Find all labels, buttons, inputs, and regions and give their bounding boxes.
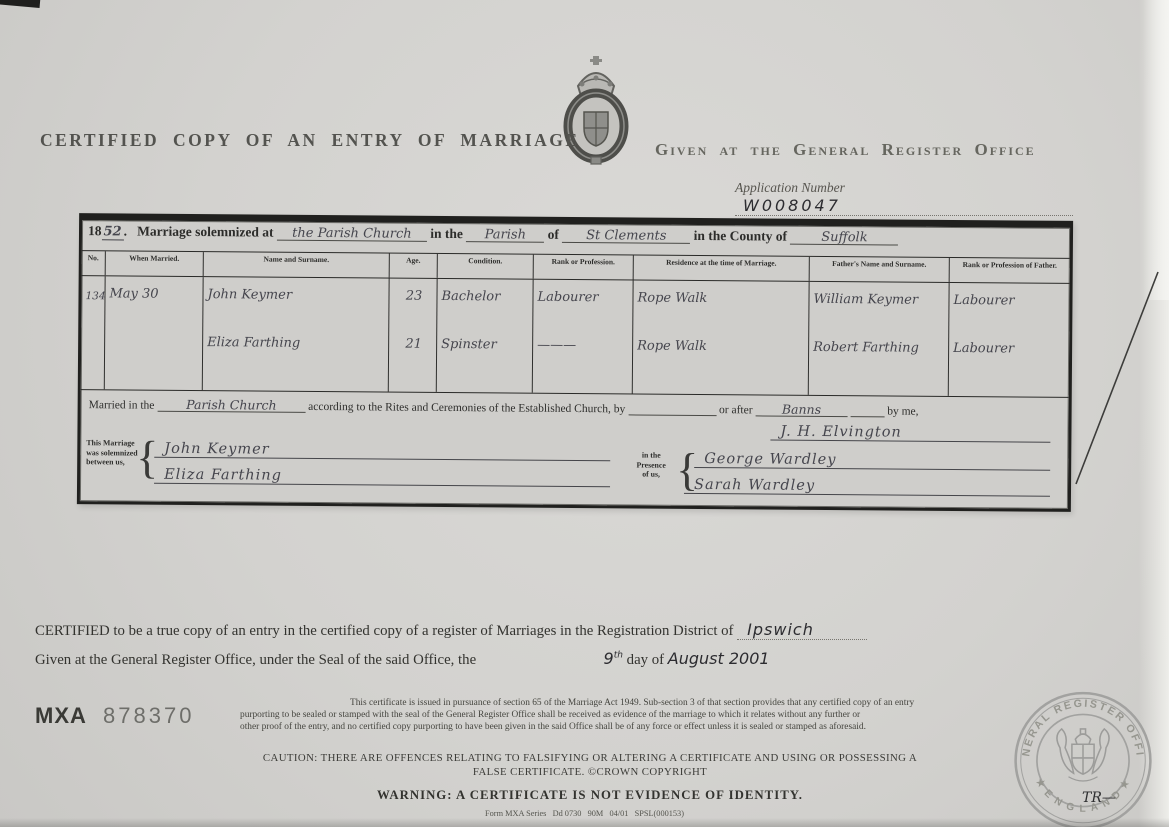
solemnized-label-2: was solemnized xyxy=(86,448,138,458)
groom-signature: John Keymer xyxy=(164,441,269,458)
of-label: of xyxy=(548,227,559,242)
county-label: in the County of xyxy=(694,228,788,244)
in-the-label: in the xyxy=(430,226,463,241)
witness2-signature: Sarah Wardley xyxy=(694,477,815,494)
application-number-label: Application Number xyxy=(735,180,845,195)
year-period: . xyxy=(124,223,127,238)
groom-father-rank: Labourer xyxy=(953,293,1067,309)
witness1-signature-line: George Wardley xyxy=(694,445,1050,471)
caution-line-1: CAUTION: THERE ARE OFFENCES RELATING TO … xyxy=(190,751,990,765)
groom-signature-line: John Keymer xyxy=(154,435,610,462)
day-suffix: th xyxy=(614,651,623,661)
presence-label-block: in the Presence of us, xyxy=(628,450,674,479)
banns-written: Banns xyxy=(755,402,847,417)
certification-line2-text: Given at the General Register Office, un… xyxy=(35,652,476,668)
bride-father-rank: Labourer xyxy=(953,341,1067,357)
application-number: Application Number W008047 xyxy=(735,180,1169,216)
entry-rank-cell: Labourer ——— xyxy=(533,280,634,394)
married-in-line: Married in the Parish Church according t… xyxy=(89,397,1065,419)
bride-age: 21 xyxy=(393,337,434,352)
col-header-no: No. xyxy=(82,251,106,275)
witness2-signature-line: Sarah Wardley xyxy=(684,471,1050,497)
groom-rank: Labourer xyxy=(537,290,630,306)
presence-label-1: in the xyxy=(628,450,674,460)
groom-name: John Keymer xyxy=(207,287,386,303)
bride-signature: Eliza Farthing xyxy=(164,467,282,484)
officiant-signature-line: J. H. Elvington xyxy=(770,418,1050,443)
day-written: 9th xyxy=(604,649,623,668)
caution-text: CAUTION: THERE ARE OFFENCES RELATING TO … xyxy=(190,751,990,779)
solemnized-label-3: between us, xyxy=(86,457,138,467)
county-written: Suffolk xyxy=(790,231,898,246)
or-after-label: or after xyxy=(719,404,753,416)
scan-corner-mark xyxy=(0,0,40,8)
certification-line2: Given at the General Register Office, un… xyxy=(35,649,935,669)
groom-father-name: William Keymer xyxy=(813,292,946,308)
page-corner-fold xyxy=(1143,0,1169,300)
bride-residence: Rope Walk xyxy=(637,338,806,354)
entry-no: 134 xyxy=(85,290,102,302)
certification-statement: CERTIFIED to be a true copy of an entry … xyxy=(35,620,935,669)
entry-residence-cell: Rope Walk Rope Walk xyxy=(633,280,810,394)
solemnized-label: Marriage solemnized at xyxy=(137,224,274,240)
year-written: 52 xyxy=(101,224,123,240)
certificate-serial: MXA 878370 xyxy=(35,703,194,729)
by-blank-line xyxy=(628,402,716,416)
month-year-written: August 2001 xyxy=(668,649,770,668)
corner-scribble: TR— xyxy=(1082,790,1116,806)
col-header-father-rank: Rank or Profession of Father. xyxy=(950,258,1070,283)
certification-line1-text: CERTIFIED to be a true copy of an entry … xyxy=(35,623,733,639)
entry-name-cell: John Keymer Eliza Farthing xyxy=(203,277,390,391)
officiant-signature: J. H. Elvington xyxy=(780,424,901,441)
married-in-label: Married in the xyxy=(89,399,155,412)
col-header-residence: Residence at the time of Marriage. xyxy=(634,255,810,280)
col-header-when-married: When Married. xyxy=(106,251,204,276)
serial-number: 878370 xyxy=(103,703,194,728)
scan-bottom-shading xyxy=(0,818,1169,827)
col-header-rank: Rank or Profession. xyxy=(534,255,634,280)
entry-father-name-cell: William Keymer Robert Farthing xyxy=(809,282,950,396)
church-written: the Parish Church xyxy=(277,227,427,242)
statute-line-2: purporting to be sealed or stamped with … xyxy=(240,709,992,721)
day-number: 9 xyxy=(604,649,614,668)
entry-father-rank-cell: Labourer Labourer xyxy=(949,283,1070,397)
parish-word-written: Parish xyxy=(466,228,544,243)
solemnized-label-1: This Marriage xyxy=(86,438,138,448)
registration-district-written: Ipswich xyxy=(737,620,867,640)
caution-line-2: FALSE CERTIFICATE. ©CROWN COPYRIGHT xyxy=(190,765,990,779)
post-banns-blank xyxy=(850,404,884,417)
entry-condition-cell: Bachelor Spinster xyxy=(437,279,534,393)
certification-line1: CERTIFIED to be a true copy of an entry … xyxy=(35,620,935,640)
groom-condition: Bachelor xyxy=(441,289,530,305)
col-header-age: Age. xyxy=(390,254,438,278)
col-header-condition: Condition. xyxy=(438,254,534,279)
bride-signature-line: Eliza Farthing xyxy=(154,461,610,488)
year-prefix: 18 xyxy=(88,223,102,238)
witness1-signature: George Wardley xyxy=(704,451,836,468)
entry-no-cell: 134 xyxy=(81,276,106,389)
page-title: CERTIFIED COPY OF AN ENTRY OF MARRIAGE xyxy=(40,130,580,151)
scanned-certificate-page: CERTIFIED COPY OF AN ENTRY OF MARRIAGE G… xyxy=(0,0,1169,827)
application-number-value: W008047 xyxy=(735,196,1073,216)
entry-age-cell: 23 21 xyxy=(389,279,438,392)
married-in-place-written: Parish Church xyxy=(157,398,305,413)
marriage-register-extract: 1852. Marriage solemnized at the Parish … xyxy=(77,213,1073,512)
bride-father-name: Robert Farthing xyxy=(813,340,946,356)
issuing-office-title: Given at the General Register Office xyxy=(655,140,1036,160)
by-me-label: by me, xyxy=(887,405,918,417)
rites-label: according to the Rites and Ceremonies of… xyxy=(308,401,625,415)
day-of-label: day of xyxy=(627,652,664,668)
col-header-father-name: Father's Name and Surname. xyxy=(810,257,950,282)
statute-line-1: This certificate is issued in pursuance … xyxy=(240,697,992,709)
general-register-office-seal-icon: GENERAL REGISTER OFFICE ★ E N G L A N D … xyxy=(998,688,1168,827)
register-lower-section: Married in the Parish Church according t… xyxy=(80,390,1069,519)
solemnized-label-block: This Marriage was solemnized between us, xyxy=(86,438,138,467)
register-entry-rows: 134 May 30 John Keymer Eliza Farthing 23… xyxy=(81,276,1070,398)
statute-line-3: other proof of the entry, and no certifi… xyxy=(240,721,992,733)
warning-text: WARNING: A CERTIFICATE IS NOT EVIDENCE O… xyxy=(190,788,990,803)
groom-age: 23 xyxy=(393,289,434,304)
form-series-footer: Form MXA Series Dd 0730 90M 04/01 SPSL(0… xyxy=(0,809,1169,818)
bride-name: Eliza Farthing xyxy=(207,335,386,351)
presence-label-2: Presence xyxy=(628,460,674,470)
statute-text: This certificate is issued in pursuance … xyxy=(240,697,992,734)
parish-name-written: St Clements xyxy=(562,229,690,244)
entry-date-cell: May 30 xyxy=(105,276,204,390)
bride-rank: ——— xyxy=(537,338,630,354)
serial-series: MXA xyxy=(35,703,87,728)
entry-when-married: May 30 xyxy=(109,286,200,302)
bride-condition: Spinster xyxy=(441,337,530,353)
presence-label-3: of us, xyxy=(628,469,674,479)
col-header-name: Name and Surname. xyxy=(204,252,390,277)
groom-residence: Rope Walk xyxy=(637,290,806,306)
